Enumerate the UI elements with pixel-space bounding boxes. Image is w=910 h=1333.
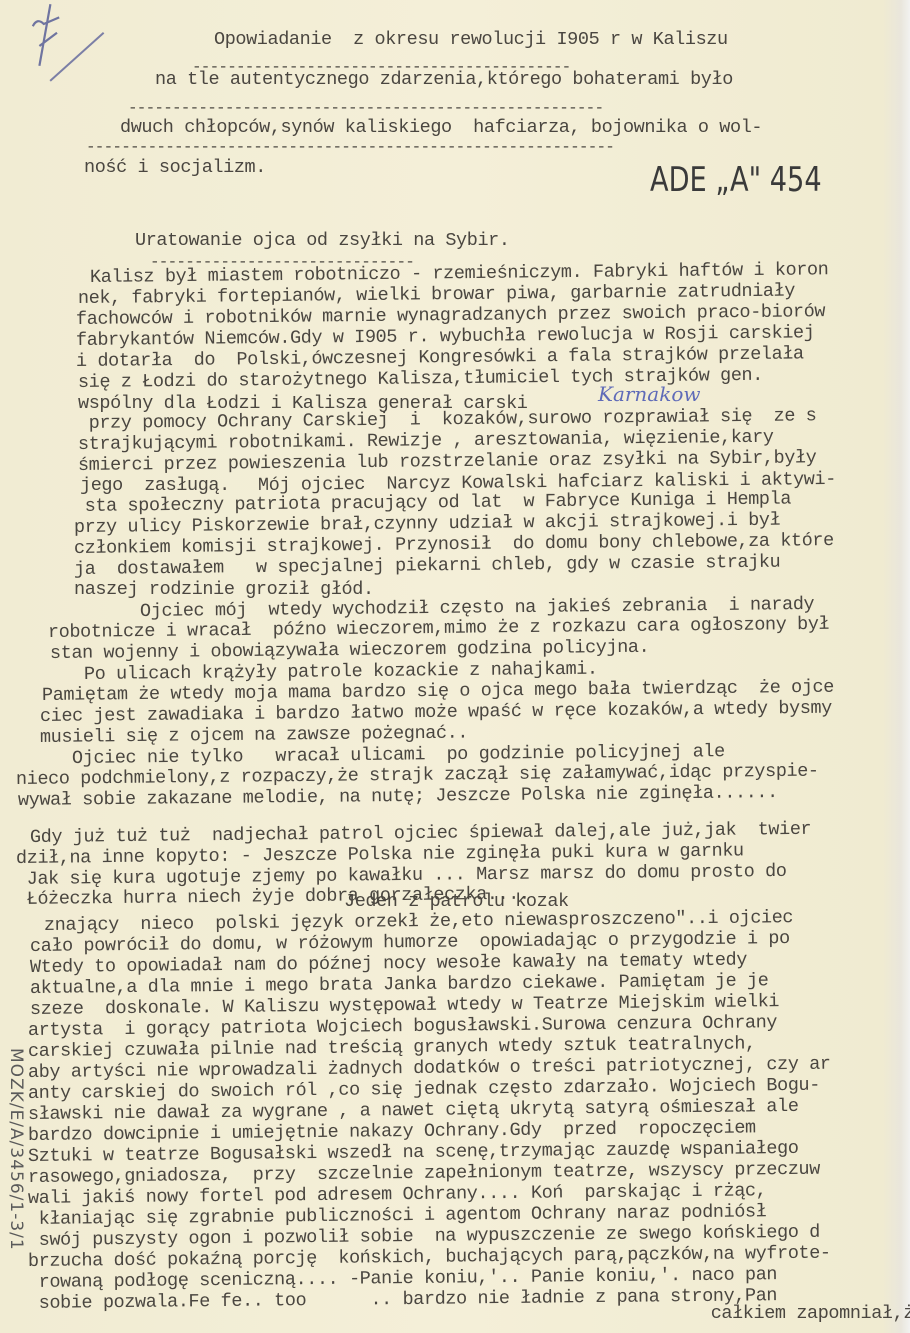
title-line-1: Opowiadanie z okresu rewolucji I905 r w … — [214, 30, 728, 50]
body-line: naszej rodzinie groził głód. — [74, 580, 374, 600]
subtitle: Uratowanie ojca od zsyłki na Sybir. — [135, 231, 510, 251]
handwritten-insert-karnakow: Karnakow — [598, 382, 701, 406]
page-number-mark — [24, 2, 68, 68]
title-line-2: na tle autentycznego zdarzenia,którego b… — [155, 70, 733, 90]
document-page: Opowiadanie z okresu rewolucji I905 r w … — [0, 0, 910, 1333]
title-underline-2: ----------------------------------------… — [128, 103, 603, 113]
archive-code-handwritten: ADE „A" 454 — [650, 160, 822, 200]
body-line: całkiem zapomniał,że carski ukaz zabrani… — [700, 1304, 910, 1324]
body-line: jego zasługą. — [80, 476, 230, 496]
title-line-4: ność i socjalizm. — [84, 158, 266, 178]
title-underline-3: ----------------------------------------… — [86, 142, 614, 152]
margin-archive-signature: MOZK/E/A/3456/1-3/1 — [6, 1048, 26, 1251]
title-line-3: dwuch chłopców,synów kaliskiego hafciarz… — [120, 118, 762, 138]
